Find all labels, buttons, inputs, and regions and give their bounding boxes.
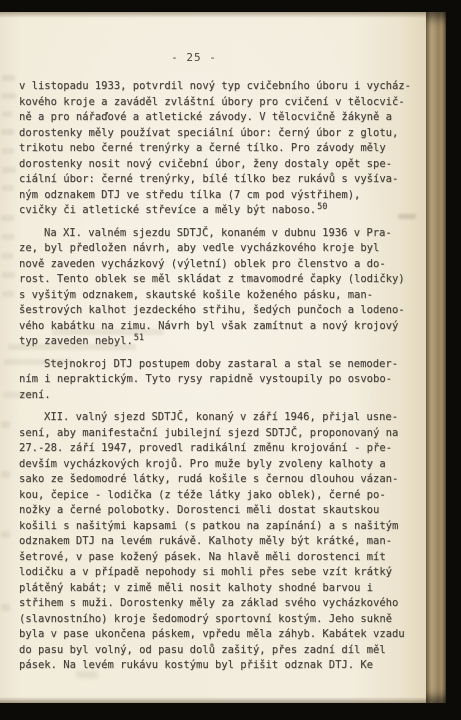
- text-line-content: typ zaveden nebyl.: [19, 335, 133, 347]
- text-line-content: ně a pro nářaďové a atletické závody. V …: [19, 111, 392, 123]
- text-line: sako ze šedomodré látky, rudá košile s č…: [19, 472, 419, 488]
- page-number: - 25 -: [0, 51, 407, 64]
- text-line-content: s vyšitým odznakem, skautské košile kože…: [19, 289, 373, 301]
- text-line: XII. valný sjezd SDTJČ, konaný v září 19…: [19, 410, 419, 426]
- text-line-content: vého kabátku na zimu. Návrh byl však zam…: [19, 320, 398, 332]
- text-line-content: devším vycházkových krojů. Pro muže byly…: [19, 458, 386, 470]
- text-line-content: dorostenky nosit nový cvičební úbor, žen…: [19, 158, 392, 170]
- scanned-document-screenshot: { "page": { "number_label": "- 25 -" }, …: [0, 0, 461, 720]
- text-line-content: zení.: [19, 389, 51, 401]
- text-line: sení, aby manifestační jubilejní sjezd S…: [19, 426, 419, 442]
- text-line-content: rost. Tento oblek se měl skládat z tmavo…: [19, 273, 405, 285]
- text-line: devším vycházkových krojů. Pro muže byly…: [19, 457, 419, 473]
- text-line: šestrových kalhot jezdeckého střihu, šed…: [19, 303, 419, 319]
- text-line-content: kového kroje a zaváděl zvláštní úbory pr…: [19, 96, 405, 108]
- text-line-content: sení, aby manifestační jubilejní sjezd S…: [19, 427, 398, 439]
- text-line: rost. Tento oblek se měl skládat z tmavo…: [19, 272, 419, 288]
- paragraph: Stejnokroj DTJ postupem doby zastaral a …: [19, 357, 419, 404]
- text-line-content: byla v pase ukončena páskem, vpředu měla…: [19, 628, 405, 640]
- text-line-content: ciální úbor: černé trenýrky, bílé tílko …: [19, 173, 398, 185]
- text-line-content: trikotu nebo černé trenýrky a černé tílk…: [19, 142, 386, 154]
- text-line-content: střihem s muži. Dorostenky měly za zákla…: [19, 597, 398, 609]
- text-line: nově zaveden vycházkový (výletní) oblek …: [19, 257, 419, 273]
- text-line-content: dorostenky měly používat speciální úbor:…: [19, 127, 398, 139]
- text-line: kou, čepice - lodička (z téže látky jako…: [19, 488, 419, 504]
- text-line-content: kou, čepice - lodička (z téže látky jako…: [19, 489, 386, 501]
- text-line: střihem s muži. Dorostenky měly za zákla…: [19, 596, 419, 612]
- text-line-content: ným odznakem DTJ ve středu tílka (7 cm p…: [19, 189, 360, 201]
- text-line: ze, byl předložen návrh, aby vedle vychá…: [19, 241, 419, 257]
- text-line-content: nožky a černé polobotky. Dorostenci měli…: [19, 504, 379, 516]
- text-line-content: odznakem DTJ na levém rukávě. Kalhoty mě…: [19, 535, 392, 547]
- footnote-ref: 51: [134, 333, 144, 343]
- paragraph: Na XI. valném sjezdu SDTJČ, konaném v du…: [19, 226, 419, 350]
- text-line-content: šestrových kalhot jezdeckého střihu, šed…: [19, 304, 405, 316]
- text-line-content: v listopadu 1933, potvrdil nový typ cvič…: [19, 80, 411, 92]
- text-line-content: Stejnokroj DTJ postupem doby zastaral a …: [44, 358, 398, 370]
- text-line-content: lodičku a v případě nepohody si mohli př…: [19, 566, 392, 578]
- text-line: do pasu byl volný, od pasu dolů zašitý, …: [19, 643, 419, 659]
- text-line-content: ním i nepraktickým. Tyto rysy rapidně vy…: [19, 373, 392, 385]
- text-line: ním i nepraktickým. Tyto rysy rapidně vy…: [19, 372, 419, 388]
- text-line-content: pásek. Na levém rukávu kostýmu byl přiši…: [19, 659, 373, 671]
- text-line-content: do pasu byl volný, od pasu dolů zašitý, …: [19, 644, 386, 656]
- text-line: odznakem DTJ na levém rukávě. Kalhoty mě…: [19, 534, 419, 550]
- text-line: lodičku a v případě nepohody si mohli př…: [19, 565, 419, 581]
- book-page-edge: [426, 12, 446, 703]
- text-line: ným odznakem DTJ ve středu tílka (7 cm p…: [19, 188, 419, 204]
- text-line-content: nově zaveden vycházkový (výletní) oblek …: [19, 258, 386, 270]
- text-line-content: (slavnostního) kroje šedomodrý sportovní…: [19, 613, 392, 625]
- text-line: v listopadu 1933, potvrdil nový typ cvič…: [19, 79, 419, 95]
- paragraph: XII. valný sjezd SDTJČ, konaný v září 19…: [19, 410, 419, 674]
- text-line-content: XII. valný sjezd SDTJČ, konaný v září 19…: [44, 411, 398, 423]
- text-line: vého kabátku na zimu. Návrh byl však zam…: [19, 319, 419, 335]
- text-line: košili s našitými kapsami (s patkou na z…: [19, 519, 419, 535]
- text-line: nožky a černé polobotky. Dorostenci měli…: [19, 503, 419, 519]
- text-line: plátěný kabát; v zimě měli nosit kalhoty…: [19, 581, 419, 597]
- footnote-ref: 50: [317, 202, 327, 212]
- text-line-content: ze, byl předložen návrh, aby vedle vychá…: [19, 242, 379, 254]
- text-line: Na XI. valném sjezdu SDTJČ, konaném v du…: [19, 226, 419, 242]
- text-line: šetrové, v pase kožený pásek. Na hlavě m…: [19, 550, 419, 566]
- text-line: byla v pase ukončena páskem, vpředu měla…: [19, 627, 419, 643]
- text-line: ně a pro nářaďové a atletické závody. V …: [19, 110, 419, 126]
- text-line: typ zaveden nebyl.51: [19, 334, 419, 350]
- text-line: Stejnokroj DTJ postupem doby zastaral a …: [19, 357, 419, 373]
- text-line: dorostenky měly používat speciální úbor:…: [19, 126, 419, 142]
- text-line-content: Na XI. valném sjezdu SDTJČ, konaném v du…: [44, 227, 392, 239]
- text-line: (slavnostního) kroje šedomodrý sportovní…: [19, 612, 419, 628]
- text-line-content: sako ze šedomodré látky, rudá košile s č…: [19, 473, 398, 485]
- page: - 25 - v listopadu 1933, potvrdil nový t…: [0, 12, 426, 703]
- text-line: s vyšitým odznakem, skautské košile kože…: [19, 288, 419, 304]
- text-line: dorostenky nosit nový cvičební úbor, žen…: [19, 157, 419, 173]
- text-line: cvičky či atletické střevíce a měly být …: [19, 203, 419, 219]
- text-line: pásek. Na levém rukávu kostýmu byl přiši…: [19, 658, 419, 674]
- body-text: v listopadu 1933, potvrdil nový typ cvič…: [19, 79, 419, 681]
- paragraph: v listopadu 1933, potvrdil nový typ cvič…: [19, 79, 419, 219]
- text-line-content: 27.-28. září 1947, provedl radikální změ…: [19, 442, 392, 454]
- text-line: ciální úbor: černé trenýrky, bílé tílko …: [19, 172, 419, 188]
- text-line: zení.: [19, 388, 419, 404]
- text-line-content: plátěný kabát; v zimě měli nosit kalhoty…: [19, 582, 373, 594]
- text-line-content: šetrové, v pase kožený pásek. Na hlavě m…: [19, 551, 386, 563]
- text-line: trikotu nebo černé trenýrky a černé tílk…: [19, 141, 419, 157]
- text-line-content: cvičky či atletické střevíce a měly být …: [19, 204, 316, 216]
- text-line: kového kroje a zaváděl zvláštní úbory pr…: [19, 95, 419, 111]
- text-line: 27.-28. září 1947, provedl radikální změ…: [19, 441, 419, 457]
- text-line-content: košili s našitými kapsami (s patkou na z…: [19, 520, 398, 532]
